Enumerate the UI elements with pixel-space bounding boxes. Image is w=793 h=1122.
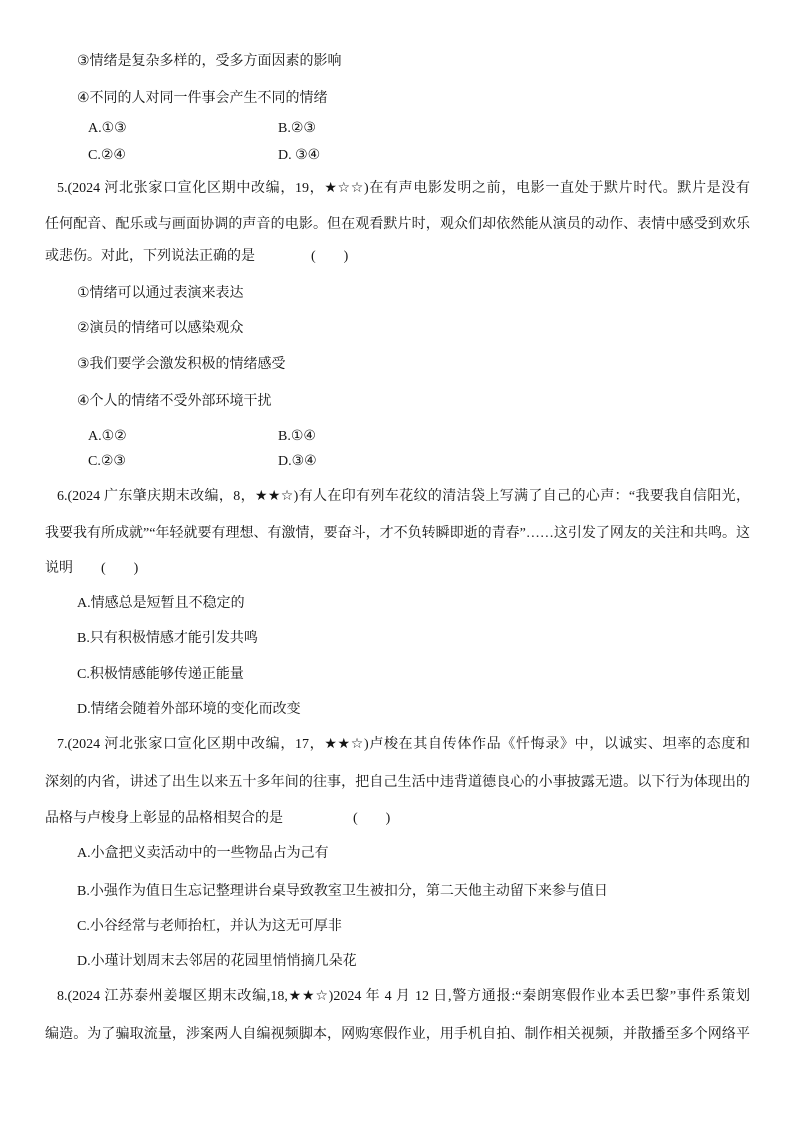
q7-stem-line-2: 深刻的内省，讲述了出生以来五十多年间的往事，把自己生活中违背道德良心的小事披露无… bbox=[45, 773, 750, 793]
q4-option-d: D. ③④ bbox=[278, 146, 320, 166]
q5-statement-3: ③我们要学会激发积极的情绪感受 bbox=[77, 355, 286, 375]
q5-statement-2: ②演员的情绪可以感染观众 bbox=[77, 319, 244, 339]
q5-statement-4: ④个人的情绪不受外部环境干扰 bbox=[77, 392, 272, 412]
q6-option-d: D.情绪会随着外部环境的变化而改变 bbox=[77, 700, 301, 720]
q7-stem-line-1: 7.(2024 河北张家口宣化区期中改编，17，★★☆)卢梭在其自传体作品《忏悔… bbox=[57, 735, 750, 755]
q5-option-b: B.①④ bbox=[278, 427, 316, 447]
q7-option-d: D.小瑾计划周末去邻居的花园里悄悄摘几朵花 bbox=[77, 952, 357, 972]
q8-stem-line-1: 8.(2024 江苏泰州姜堰区期末改编,18,★★☆)2024 年 4 月 12… bbox=[57, 987, 750, 1007]
q5-stem-line-3: 或悲伤。对此，下列说法正确的是 ( ) bbox=[45, 247, 348, 267]
q6-stem-line-3: 说明 ( ) bbox=[45, 559, 138, 579]
exam-document-page: ③情绪是复杂多样的，受多方面因素的影响 ④不同的人对同一件事会产生不同的情绪 A… bbox=[0, 0, 793, 1122]
q6-option-b: B.只有积极情感才能引发共鸣 bbox=[77, 629, 258, 649]
q5-stem-line-1: 5.(2024 河北张家口宣化区期中改编，19，★☆☆)在有声电影发明之前，电影… bbox=[57, 179, 750, 199]
q5-option-a: A.①② bbox=[88, 427, 127, 447]
q6-option-c: C.积极情感能够传递正能量 bbox=[77, 665, 244, 685]
q4-option-b: B.②③ bbox=[278, 119, 316, 139]
q4-statement-3: ③情绪是复杂多样的，受多方面因素的影响 bbox=[77, 52, 342, 72]
q7-option-c: C.小谷经常与老师抬杠，并认为这无可厚非 bbox=[77, 917, 342, 937]
q6-option-a: A.情感总是短暂且不稳定的 bbox=[77, 594, 245, 614]
q7-option-a: A.小盒把义卖活动中的一些物品占为己有 bbox=[77, 844, 329, 864]
q5-statement-1: ①情绪可以通过表演来表达 bbox=[77, 284, 244, 304]
q6-stem-line-1: 6.(2024 广东肇庆期末改编，8，★★☆)有人在印有列车花纹的清洁袋上写满了… bbox=[57, 487, 750, 507]
q4-option-a: A.①③ bbox=[88, 119, 127, 139]
q4-statement-4: ④不同的人对同一件事会产生不同的情绪 bbox=[77, 89, 328, 109]
q8-stem-line-2: 编造。为了骗取流量，涉案两人自编视频脚本，网购寒假作业，用手机自拍、制作相关视频… bbox=[45, 1025, 750, 1045]
q5-option-c: C.②③ bbox=[88, 452, 126, 472]
q5-option-d: D.③④ bbox=[278, 452, 317, 472]
q6-stem-line-2: 我要我有所成就”“年轻就要有理想、有激情，要奋斗，才不负转瞬即逝的青春”……这引… bbox=[45, 524, 750, 544]
q7-option-b: B.小强作为值日生忘记整理讲台桌导致教室卫生被扣分，第二天他主动留下来参与值日 bbox=[77, 882, 608, 902]
q5-stem-line-2: 任何配音、配乐或与画面协调的声音的电影。但在观看默片时，观众们却依然能从演员的动… bbox=[45, 215, 750, 235]
q7-stem-line-3: 品格与卢梭身上彰显的品格相契合的是 ( ) bbox=[45, 809, 390, 829]
q4-option-c: C.②④ bbox=[88, 146, 126, 166]
